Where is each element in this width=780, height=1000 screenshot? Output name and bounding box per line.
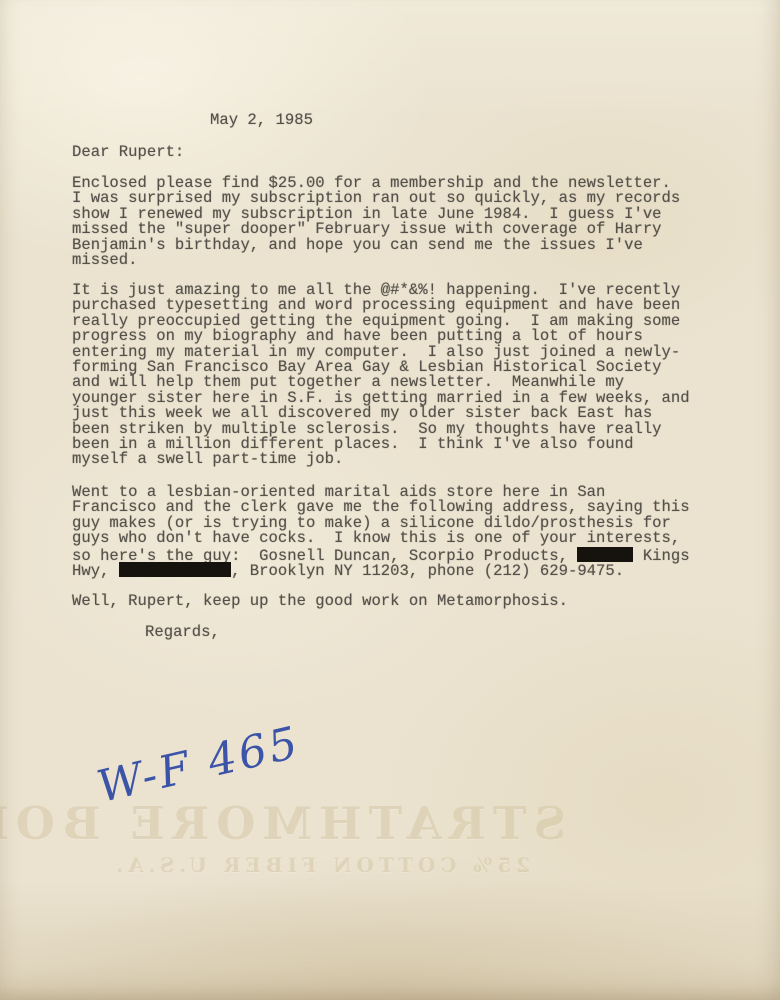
letter-line: guys who don't have cocks. I know this i… bbox=[72, 531, 690, 546]
redaction-box bbox=[577, 547, 633, 562]
signoff-text: Regards, bbox=[145, 625, 220, 640]
letter-line: missed. bbox=[72, 253, 680, 268]
salutation-text: Dear Rupert: bbox=[72, 145, 184, 160]
letter-page: STRATHMORE BOND 25% COTTON FIBER U.S.A. … bbox=[0, 0, 780, 1000]
closing-line: Well, Rupert, keep up the good work on M… bbox=[72, 594, 568, 609]
letter-line: myself a swell part-time job. bbox=[72, 452, 690, 467]
letter-body: May 2, 1985 Dear Rupert: Enclosed please… bbox=[0, 0, 780, 1000]
closing-text: Well, Rupert, keep up the good work on M… bbox=[72, 594, 568, 609]
signoff: Regards, bbox=[145, 625, 220, 640]
paragraph-1: Enclosed please find $25.00 for a member… bbox=[72, 176, 680, 268]
letter-line: Hwy, , Brooklyn NY 11203, phone (212) 62… bbox=[72, 562, 690, 577]
paragraph-3: Went to a lesbian-oriented marital aids … bbox=[72, 485, 690, 577]
paragraph-2: It is just amazing to me all the @#*&%! … bbox=[72, 283, 690, 468]
redaction-box bbox=[119, 562, 231, 577]
letter-date: May 2, 1985 bbox=[210, 113, 313, 128]
letter-line: so here's the guy: Gosnell Duncan, Scorp… bbox=[72, 547, 690, 562]
date-line: May 2, 1985 bbox=[210, 113, 313, 128]
letter-line: Benjamin's birthday, and hope you can se… bbox=[72, 238, 680, 253]
salutation: Dear Rupert: bbox=[72, 145, 184, 160]
